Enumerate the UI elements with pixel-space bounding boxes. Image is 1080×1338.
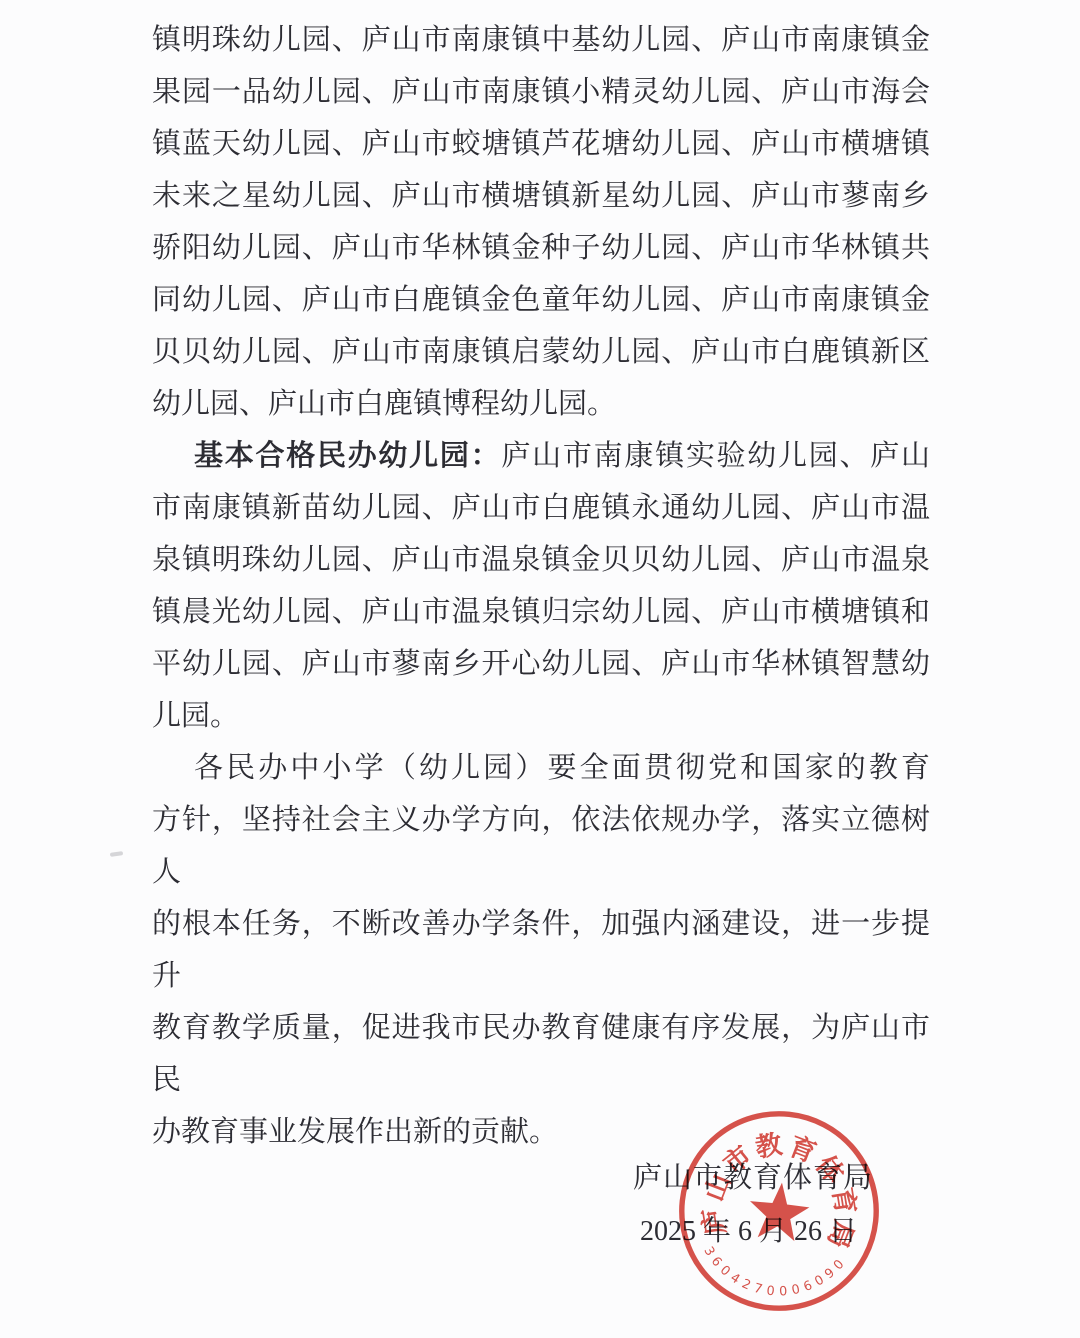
paragraph-closing-statement: 各民办中小学（幼儿园）要全面贯彻党和国家的教育 方针，坚持社会主义办学方向，依法…: [152, 742, 930, 1158]
text-line: 同幼儿园、庐山市白鹿镇金色童年幼儿园、庐山市南康镇金: [152, 274, 930, 326]
seal-code-digit: 2: [739, 1276, 753, 1293]
paragraph-qualified-kindergartens: 镇明珠幼儿园、庐山市南康镇中基幼儿园、庐山市南康镇金 果园一品幼儿园、庐山市南康…: [152, 14, 930, 430]
signature-date: 2025 年 6 月 26 日: [640, 1216, 857, 1248]
seal-code-digit: 0: [790, 1282, 801, 1298]
text-line: 儿园。: [152, 690, 930, 742]
scan-artifact: [110, 851, 123, 857]
text-line: 的根本任务，不断改善办学条件，加强内涵建设，进一步提升: [152, 898, 930, 1002]
text-line: 方针，坚持社会主义办学方向，依法依规办学，落实立德树人: [152, 794, 930, 898]
scanned-document-page: 镇明珠幼儿园、庐山市南康镇中基幼儿园、庐山市南康镇金 果园一品幼儿园、庐山市南康…: [0, 0, 1080, 1338]
seal-code-digit: 0: [766, 1284, 776, 1300]
seal-code-digit: 9: [822, 1266, 838, 1283]
document-body: 镇明珠幼儿园、庐山市南康镇中基幼儿园、庐山市南康镇金 果园一品幼儿园、庐山市南康…: [152, 14, 930, 1158]
text-line: 各民办中小学（幼儿园）要全面贯彻党和国家的教育: [152, 742, 930, 794]
text-line: 幼儿园、庐山市白鹿镇博程幼儿园。: [152, 378, 930, 430]
text-line: 镇晨光幼儿园、庐山市温泉镇归宗幼儿园、庐山市横塘镇和: [152, 586, 930, 638]
text-line: 泉镇明珠幼儿园、庐山市温泉镇金贝贝幼儿园、庐山市温泉: [152, 534, 930, 586]
text-line: 骄阳幼儿园、庐山市华林镇金种子幼儿园、庐山市华林镇共: [152, 222, 930, 274]
seal-code-digit: 7: [752, 1281, 764, 1298]
text-line: 镇蓝天幼儿园、庐山市蛟塘镇芦花塘幼儿园、庐山市横塘镇: [152, 118, 930, 170]
text-line: 果园一品幼儿园、庐山市南康镇小精灵幼儿园、庐山市海会: [152, 66, 930, 118]
text-line: 贝贝幼儿园、庐山市南康镇启蒙幼儿园、庐山市白鹿镇新区: [152, 326, 930, 378]
seal-code-digit: 0: [779, 1284, 788, 1299]
seal-code-digit: 0: [831, 1257, 848, 1273]
text-line: 未来之星幼儿园、庐山市横塘镇新星幼儿园、庐山市蓼南乡: [152, 170, 930, 222]
seal-code-digit: 6: [802, 1278, 815, 1295]
text-line: 镇明珠幼儿园、庐山市南康镇中基幼儿园、庐山市南康镇金: [152, 14, 930, 66]
text-line: 教育教学质量，促进我市民办教育健康有序发展，为庐山市民: [152, 1002, 930, 1106]
text-run: 庐山市南康镇实验幼儿园、庐山: [501, 440, 930, 472]
signature-organization: 庐山市教育体育局: [633, 1162, 873, 1194]
seal-code-digit: 0: [812, 1273, 827, 1290]
bold-section-label: 基本合格民办幼儿园：: [194, 440, 501, 472]
text-line: 市南康镇新苗幼儿园、庐山市白鹿镇永通幼儿园、庐山市温: [152, 482, 930, 534]
paragraph-basic-qualified-kindergartens: 基本合格民办幼儿园：庐山市南康镇实验幼儿园、庐山 市南康镇新苗幼儿园、庐山市白鹿…: [152, 430, 930, 742]
seal-code-digit: 0: [717, 1263, 733, 1280]
text-line: 基本合格民办幼儿园：庐山市南康镇实验幼儿园、庐山: [152, 430, 930, 482]
seal-code-arc: 3 6 0 4 2 7 0 0 0 6 0 9 0: [696, 1243, 848, 1307]
seal-code-digit: 4: [727, 1270, 742, 1287]
seal-code-digit: 6: [708, 1254, 725, 1270]
text-line: 平幼儿园、庐山市蓼南乡开心幼儿园、庐山市华林镇智慧幼: [152, 638, 930, 690]
text-line: 办教育事业发展作出新的贡献。: [152, 1106, 930, 1158]
